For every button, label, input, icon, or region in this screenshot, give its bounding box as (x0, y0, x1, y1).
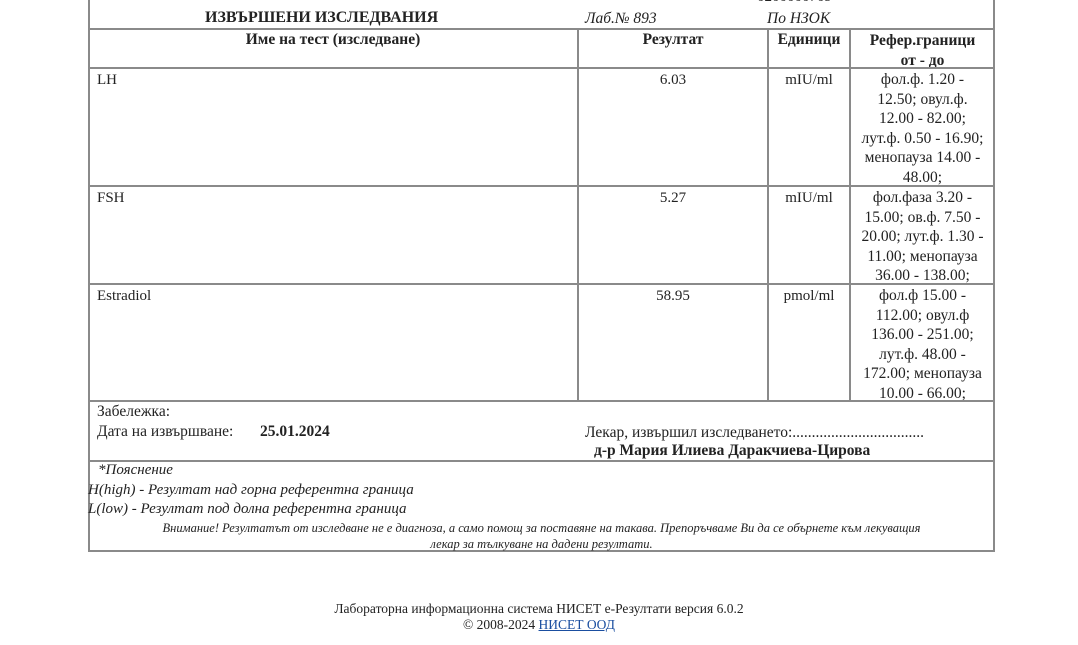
frame-left-border (88, 0, 90, 552)
test-units: pmol/ml (768, 287, 850, 307)
test-reference-range: фол.ф. 1.20 - 12.50; овул.ф. 12.00 - 82.… (850, 70, 995, 187)
remark-label: Забележка: (97, 403, 170, 421)
test-result: 58.95 (578, 287, 768, 307)
company-link[interactable]: НИСЕТ ООД (539, 617, 615, 632)
disclaimer-line: лекар за тълкуване на дадени резултати. (88, 536, 995, 552)
test-reference-range: фол.фаза 3.20 - 15.00; ов.ф. 7.50 - 20.0… (850, 188, 995, 286)
legend-title: *Пояснение (98, 462, 173, 479)
test-result: 6.03 (578, 71, 768, 91)
test-units: mIU/ml (768, 71, 850, 91)
reference-line: 136.00 - 251.00; (850, 325, 995, 345)
date-label: Дата на извършване: (97, 423, 233, 441)
reference-line: лут.ф. 48.00 - (850, 345, 995, 365)
column-header-result: Резултат (578, 31, 768, 49)
test-units: mIU/ml (768, 189, 850, 209)
reference-line: 172.00; менопауза (850, 364, 995, 384)
section-title: ИЗВЪРШЕНИ ИЗСЛЕДВАНИЯ (205, 9, 438, 27)
table-header-bottom-border (88, 67, 995, 69)
code-number: 0200000709 (757, 0, 832, 6)
date-value: 25.01.2024 (260, 423, 330, 441)
reference-line: лут.ф. 0.50 - 16.90; (850, 129, 995, 149)
test-reference-range: фол.ф 15.00 - 112.00; овул.ф 136.00 - 25… (850, 286, 995, 403)
reference-line: 15.00; ов.ф. 7.50 - (850, 208, 995, 228)
reference-line: 20.00; лут.ф. 1.30 - (850, 227, 995, 247)
column-header-test: Име на тест (изследване) (88, 31, 578, 49)
row-divider (88, 283, 995, 285)
disclaimer: Внимание! Резултатът от изследване не е … (88, 520, 995, 552)
reference-line: 11.00; менопауза (850, 247, 995, 267)
footer-system-text: Лабораторна информационна система НИСЕТ … (0, 601, 1078, 617)
test-result: 5.27 (578, 189, 768, 209)
reference-line: 12.00 - 82.00; (850, 109, 995, 129)
payer-label: По НЗОК (767, 10, 830, 28)
footer-copyright: © 2008-2024 (463, 617, 535, 632)
table-bottom-border (88, 400, 995, 402)
notes-bottom-border (88, 460, 995, 462)
doctor-name: д-р Мария Илиева Даракчиева-Цирова (594, 442, 870, 460)
footer-copyright-line: © 2008-2024 НИСЕТ ООД (0, 617, 1078, 633)
reference-line: фол.ф. 1.20 - (850, 70, 995, 90)
test-name: Estradiol (97, 287, 151, 307)
doctor-label: Лекар, извършил изследването:...........… (585, 424, 924, 442)
test-name: LH (97, 71, 117, 91)
row-divider (88, 185, 995, 187)
disclaimer-line: Внимание! Резултатът от изследване не е … (88, 520, 995, 536)
footer: Лабораторна информационна система НИСЕТ … (0, 601, 1078, 633)
column-header-reference-line1: Рефер.граници (850, 31, 995, 51)
column-header-units: Единици (768, 31, 850, 49)
reference-line: менопауза 14.00 - (850, 148, 995, 168)
reference-line: 112.00; овул.ф (850, 306, 995, 326)
legend-high: H(high) - Резултат над горна референтна … (88, 482, 414, 499)
lab-number: Лаб.№ 893 (585, 10, 657, 28)
test-name: FSH (97, 189, 125, 209)
reference-line: фол.ф 15.00 - (850, 286, 995, 306)
legend-low: L(low) - Резултат под долна референтна г… (88, 501, 407, 518)
reference-line: фол.фаза 3.20 - (850, 188, 995, 208)
reference-line: 12.50; овул.ф. (850, 90, 995, 110)
table-top-border (88, 28, 995, 30)
column-header-reference: Рефер.граници от - до (850, 31, 995, 70)
